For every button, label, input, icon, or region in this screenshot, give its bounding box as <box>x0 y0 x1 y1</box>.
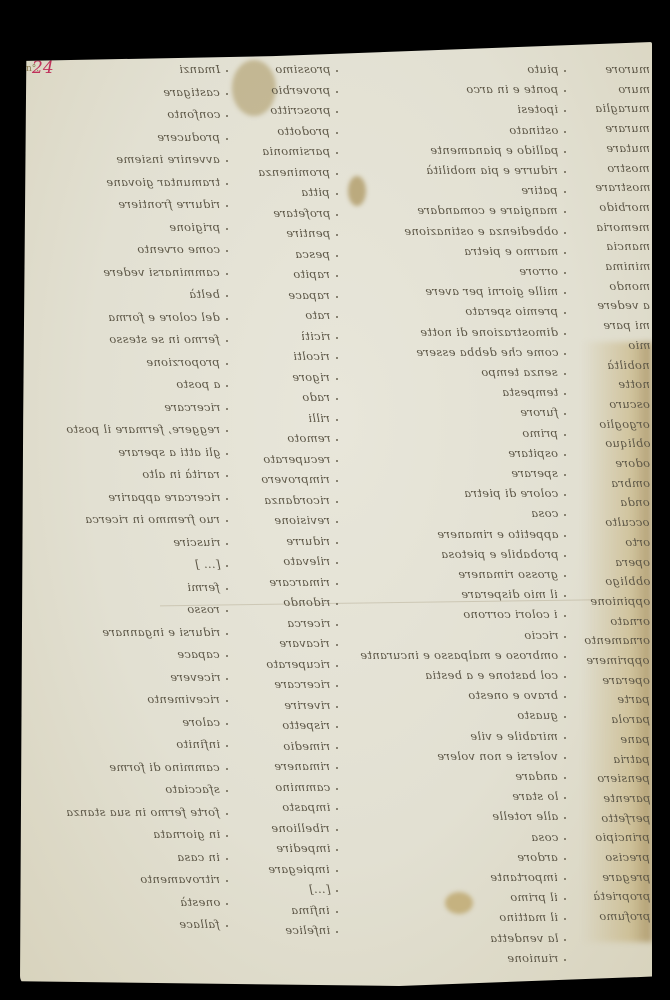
manuscript-word: proporzione <box>146 355 220 369</box>
manuscript-word: rilli <box>308 411 330 425</box>
word-text: profumo <box>599 909 650 923</box>
word-text: ricerca <box>287 616 330 630</box>
manuscript-word: preciso <box>605 850 650 864</box>
word-text: prigione <box>169 220 220 234</box>
word-text: ritrovamento <box>140 872 220 886</box>
separator-dot <box>564 353 566 355</box>
word-text: ricordanza <box>264 493 330 507</box>
word-text: rispetto <box>282 718 330 732</box>
separator-dot <box>226 835 228 837</box>
word-text: il mattino <box>499 910 558 924</box>
separator-dot <box>226 813 228 815</box>
manuscript-word: cosa <box>531 830 558 844</box>
manuscript-word: orgoglio <box>599 417 650 431</box>
manuscript-word: mancia <box>606 239 650 253</box>
manuscript-word: proprietà <box>593 889 650 903</box>
separator-dot <box>336 296 338 298</box>
manuscript-word: patire <box>521 183 558 197</box>
word-text: prodotto <box>277 124 330 138</box>
separator-dot <box>564 413 566 415</box>
manuscript-word: rado <box>302 390 330 404</box>
separator-dot <box>226 430 228 432</box>
word-text: orto <box>625 535 650 549</box>
word-text: rigore <box>292 370 330 384</box>
word-text: occulto <box>605 515 650 529</box>
manuscript-word: marmo e pietra <box>464 244 558 258</box>
separator-dot <box>226 93 228 95</box>
manuscript-word: rimprovero <box>261 472 330 486</box>
word-text: rarità in alto <box>142 467 220 481</box>
word-text: col bastone e a bestia <box>425 668 558 682</box>
manuscript-word: [...] <box>309 882 330 896</box>
separator-dot <box>226 700 228 702</box>
separator-dot <box>564 312 566 314</box>
word-text: ardore <box>517 850 558 864</box>
separator-dot <box>226 880 228 882</box>
manuscript-word: cammino <box>275 780 330 794</box>
separator-dot <box>336 849 338 851</box>
word-text: prossimo <box>275 62 331 76</box>
word-text: forte fermo in sua stanza <box>66 805 220 819</box>
word-text: probabile e pietosa <box>441 547 559 561</box>
manuscript-word: parte <box>617 692 650 706</box>
word-text: impasto <box>282 800 330 814</box>
separator-dot <box>564 777 566 779</box>
word-text: ricevere <box>170 670 220 684</box>
manuscript-word: proverbio <box>271 83 330 97</box>
separator-dot <box>564 434 566 436</box>
manuscript-word: minima <box>605 259 650 273</box>
separator-dot <box>226 250 228 252</box>
word-text: fermo in se stesso <box>109 332 220 346</box>
word-text: sperare <box>511 466 558 480</box>
separator-dot <box>336 378 338 380</box>
word-text: ridursi e ingannare <box>102 625 220 639</box>
separator-dot <box>564 575 566 577</box>
manuscript-word: sfacciato <box>165 782 220 796</box>
manuscript-word: infima <box>291 903 330 917</box>
word-text: operare <box>602 673 650 687</box>
manuscript-word: pensiero <box>597 771 650 785</box>
word-text: patire <box>521 183 558 197</box>
word-text: impedire <box>276 841 331 855</box>
manuscript-word: confonto <box>167 107 220 121</box>
separator-dot <box>336 644 338 646</box>
separator-dot <box>336 829 338 831</box>
separator-dot <box>564 797 566 799</box>
separator-dot <box>564 898 566 900</box>
separator-dot <box>336 173 338 175</box>
separator-dot <box>336 747 338 749</box>
separator-dot <box>564 878 566 880</box>
manuscript-word: rosso <box>187 602 220 616</box>
word-text: rilli <box>308 411 330 425</box>
manuscript-word: pregare <box>602 870 650 884</box>
manuscript-word: riccio <box>524 628 558 642</box>
separator-dot <box>564 535 566 537</box>
separator-dot <box>564 333 566 335</box>
word-text: ricolti <box>293 349 330 363</box>
separator-dot <box>564 131 566 133</box>
manuscript-word: pesca <box>295 247 330 261</box>
word-text: perfetto <box>601 811 650 825</box>
separator-dot <box>226 183 228 185</box>
word-text: pitta <box>301 185 330 199</box>
word-text: parola <box>611 712 650 726</box>
separator-dot <box>564 939 566 941</box>
word-text: ospitare <box>508 446 558 460</box>
separator-dot <box>564 393 566 395</box>
manuscript-word: notte <box>618 377 650 391</box>
manuscript-word: memoria <box>596 220 650 234</box>
manuscript-word: il mio disperare <box>461 587 558 601</box>
word-text: preciso <box>605 850 650 864</box>
word-text: avvenire insieme <box>116 152 220 166</box>
word-text: mirabile e vile <box>470 729 558 743</box>
manuscript-word: prominenza <box>258 165 330 179</box>
separator-dot <box>336 685 338 687</box>
manuscript-word: grosso rimanere <box>458 567 558 581</box>
word-text: patria <box>613 752 650 766</box>
manuscript-word: ritrovamento <box>140 872 220 886</box>
separator-dot <box>336 132 338 134</box>
separator-dot <box>226 115 228 117</box>
manuscript-word: i colori corrono <box>463 607 558 621</box>
manuscript-word: impiegare <box>268 862 330 876</box>
manuscript-word: castigare <box>163 85 220 99</box>
word-text: grosso rimanere <box>458 567 558 581</box>
separator-dot <box>564 858 566 860</box>
manuscript-word: ombra <box>611 476 650 490</box>
separator-dot <box>336 808 338 810</box>
separator-dot <box>564 151 566 153</box>
word-text: rimprovero <box>261 472 330 486</box>
manuscript-word: ridurre e pia mobilità <box>426 163 558 177</box>
word-text: cammino <box>275 780 330 794</box>
manuscript-word: nobiltà <box>607 358 650 372</box>
manuscript-word: cosa <box>531 506 558 520</box>
word-text: mi pare <box>603 318 650 332</box>
separator-dot <box>336 152 338 154</box>
separator-dot <box>226 858 228 860</box>
word-text: del colore e forma <box>108 310 220 324</box>
word-text: guasto <box>517 708 558 722</box>
manuscript-word: gli atti a sperare <box>118 445 220 459</box>
word-text: bravo e onesto <box>468 688 558 702</box>
word-text: ostinato <box>509 123 558 137</box>
word-text: remoto <box>287 431 330 445</box>
word-text: proporzione <box>146 355 220 369</box>
separator-dot <box>226 588 228 590</box>
manuscript-word: operare <box>602 673 650 687</box>
manuscript-word: perfetto <box>601 811 650 825</box>
word-text: castigare <box>163 85 220 99</box>
word-text: appetito e rimanere <box>437 527 559 541</box>
word-text: fallace <box>179 917 220 931</box>
word-text: importante <box>490 870 558 884</box>
separator-dot <box>226 273 228 275</box>
word-text: in casa <box>177 850 220 864</box>
manuscript-word: ombroso e malpasso e incurante <box>360 648 558 662</box>
word-text: producere <box>157 130 220 144</box>
word-text: mille giorni per avere <box>425 284 558 298</box>
word-text: mio <box>628 338 650 352</box>
word-text: ridondo <box>283 595 330 609</box>
manuscript-word: pitta <box>301 185 330 199</box>
word-text: rapace <box>288 288 330 302</box>
word-text: andare <box>515 769 558 783</box>
separator-dot <box>336 665 338 667</box>
manuscript-word: pallido e pianamente <box>430 143 558 157</box>
word-text: infima <box>291 903 330 917</box>
word-text: volersi e non volere <box>437 749 558 763</box>
manuscript-word: ricolti <box>293 349 330 363</box>
manuscript-word: bravo e onesto <box>468 688 558 702</box>
manuscript-word: appetito e rimanere <box>437 527 559 541</box>
separator-dot <box>564 90 566 92</box>
word-text: principio <box>595 830 650 844</box>
manuscript-word: mille giorni per avere <box>425 284 558 298</box>
manuscript-word: pane <box>620 732 650 746</box>
word-text: ridurre e pia mobilità <box>426 163 558 177</box>
word-text: minima <box>605 259 650 273</box>
separator-dot <box>336 398 338 400</box>
manuscript-word: ricercare <box>164 400 220 414</box>
manuscript-word: rimarcare <box>269 575 330 589</box>
word-text: beltà <box>189 287 220 301</box>
word-text: riuscire <box>173 535 220 549</box>
word-text: infelice <box>285 923 330 937</box>
manuscript-word: volersi e non volere <box>437 749 558 763</box>
separator-dot <box>336 111 338 113</box>
separator-dot <box>336 603 338 605</box>
separator-dot <box>336 439 338 441</box>
manuscript-word: ponte e in arco <box>466 82 558 96</box>
word-text: parsimonia <box>262 144 330 158</box>
separator-dot <box>336 70 338 72</box>
manuscript-word: piuto <box>527 62 559 76</box>
folio-number: 24 <box>32 58 54 78</box>
word-text: obbligo <box>605 574 650 588</box>
separator-dot <box>226 363 228 365</box>
word-text: ricavare <box>279 636 330 650</box>
manuscript-word: rapito <box>293 267 330 281</box>
separator-dot <box>226 160 228 162</box>
word-text: recuperato <box>263 452 330 466</box>
separator-dot <box>564 272 566 274</box>
separator-dot <box>336 234 338 236</box>
manuscript-word: ribellione <box>271 821 330 835</box>
separator-dot <box>564 838 566 840</box>
separator-dot <box>336 562 338 564</box>
separator-dot <box>564 959 566 961</box>
manuscript-word: in casa <box>177 850 220 864</box>
manuscript-word: alle rotelle <box>492 809 558 823</box>
word-text: oscuro <box>609 397 650 411</box>
word-text: [...] <box>309 882 330 896</box>
manuscript-word: ricordanza <box>264 493 330 507</box>
manuscript-word: mangiare e comandare <box>417 203 558 217</box>
separator-dot <box>226 498 228 500</box>
word-text: rapito <box>293 267 330 281</box>
separator-dot <box>336 460 338 462</box>
separator-dot <box>336 91 338 93</box>
separator-dot <box>226 768 228 770</box>
separator-dot <box>226 925 228 927</box>
lower-stain <box>445 892 473 914</box>
manuscript-word: rigore <box>292 370 330 384</box>
separator-dot <box>336 542 338 544</box>
word-text: infinito <box>176 737 220 751</box>
word-text: calore <box>182 715 220 729</box>
word-text: primo <box>522 426 558 440</box>
manuscript-word: camminarsi vedere <box>103 265 220 279</box>
manuscript-word: prodotto <box>277 124 330 138</box>
separator-dot <box>226 138 228 140</box>
separator-dot <box>336 214 338 216</box>
separator-dot <box>564 373 566 375</box>
separator-dot <box>336 726 338 728</box>
word-text: ribellione <box>271 821 330 835</box>
word-text: premio sperato <box>465 304 558 318</box>
manuscript-word: senza tempo <box>481 365 558 379</box>
word-text: ricercare apparire <box>108 490 221 504</box>
word-text: ricitì <box>301 329 330 343</box>
separator-dot <box>336 337 338 339</box>
separator-dot <box>226 633 228 635</box>
manuscript-word: orrore <box>519 264 558 278</box>
word-text: pesca <box>295 247 330 261</box>
word-text: ombra <box>611 476 650 490</box>
separator-dot <box>336 521 338 523</box>
word-text: cosa <box>531 830 558 844</box>
manuscript-word: ricercare <box>274 677 330 691</box>
word-text: tempesta <box>502 385 558 399</box>
word-text: proprietà <box>593 889 650 903</box>
manuscript-word: fermo in se stesso <box>109 332 220 346</box>
manuscript-word: andare <box>515 769 558 783</box>
separator-dot <box>226 520 228 522</box>
manuscript-word: mostrare <box>595 180 650 194</box>
manuscript-word: calore <box>182 715 220 729</box>
word-text: murare <box>605 121 650 135</box>
word-text: la vendetta <box>490 931 558 945</box>
separator-dot <box>226 70 228 72</box>
word-text: a vedere <box>597 298 650 312</box>
separator-dot <box>226 678 228 680</box>
word-text: muraglia <box>595 101 650 115</box>
separator-dot <box>226 903 228 905</box>
word-text: ricercare <box>164 400 220 414</box>
manuscript-word: mio <box>628 338 650 352</box>
word-text: mancia <box>606 239 650 253</box>
manuscript-word: opera <box>615 555 650 569</box>
manuscript-word: ridursi e ingannare <box>102 625 220 639</box>
manuscript-word: muraglia <box>595 101 650 115</box>
manuscript-word: ricavare <box>279 636 330 650</box>
manuscript-word: premio sperato <box>465 304 558 318</box>
word-text: lo stare <box>512 789 558 803</box>
word-text: memoria <box>596 220 650 234</box>
separator-dot <box>226 228 228 230</box>
word-text: fermi <box>187 580 220 594</box>
word-text: nobiltà <box>607 358 650 372</box>
word-text: mutare <box>606 141 650 155</box>
manuscript-word: mirabile e vile <box>470 729 558 743</box>
word-text: Imanzi <box>179 62 220 76</box>
manuscript-word: onda <box>620 495 650 509</box>
word-text: murore <box>605 62 650 76</box>
word-text: a posto <box>176 377 220 391</box>
manuscript-word: impasto <box>282 800 330 814</box>
manuscript-word: cammino di forme <box>109 760 220 774</box>
separator-dot <box>564 636 566 638</box>
separator-dot <box>564 716 566 718</box>
manuscript-word: ornamento <box>584 633 650 647</box>
separator-dot <box>564 454 566 456</box>
manuscript-word: ricercare apparire <box>108 490 221 504</box>
word-text: ricuperato <box>266 657 330 671</box>
word-text: il mio disperare <box>461 587 558 601</box>
manuscript-word: rarità in alto <box>142 467 220 481</box>
manuscript-word: riuscire <box>173 535 220 549</box>
manuscript-word: recuperato <box>263 452 330 466</box>
manuscript-word: parola <box>611 712 650 726</box>
word-text: ricercare <box>274 677 330 691</box>
word-text: morbido <box>599 200 650 214</box>
manuscript-word: producere <box>157 130 220 144</box>
word-text: onda <box>620 495 650 509</box>
separator-dot <box>564 737 566 739</box>
word-text: orgoglio <box>599 417 650 431</box>
manuscript-word: mutare <box>606 141 650 155</box>
separator-dot <box>336 870 338 872</box>
word-text: orrore <box>519 264 558 278</box>
word-text: ricevimento <box>147 692 220 706</box>
manuscript-word: colore di pietra <box>464 486 558 500</box>
separator-dot <box>336 255 338 257</box>
word-text: come orvento <box>137 242 220 256</box>
manuscript-word: del colore e forma <box>108 310 220 324</box>
separator-dot <box>564 494 566 496</box>
separator-dot <box>336 501 338 503</box>
word-text: obbedienza e ostinazione <box>404 224 558 238</box>
word-text: riccio <box>524 628 558 642</box>
manuscript-word: fermi <box>187 580 220 594</box>
separator-dot <box>564 252 566 254</box>
manuscript-word: tempesta <box>502 385 558 399</box>
word-text: pallido e pianamente <box>430 143 558 157</box>
manuscript-word: [... ] <box>195 557 220 571</box>
separator-dot <box>226 318 228 320</box>
separator-dot <box>336 767 338 769</box>
manuscript-word: opprimere <box>586 653 650 667</box>
manuscript-word: il primo <box>510 890 558 904</box>
manuscript-word: come orvento <box>137 242 220 256</box>
manuscript-word: ricevimento <box>147 692 220 706</box>
manuscript-word: profetare <box>273 206 330 220</box>
separator-dot <box>564 656 566 658</box>
word-text: alle rotelle <box>492 809 558 823</box>
manuscript-word: a vedere <box>597 298 650 312</box>
manuscript-word: guasto <box>517 708 558 722</box>
separator-dot <box>226 745 228 747</box>
manuscript-word: proscritto <box>270 103 330 117</box>
manuscript-word: prossimo <box>275 62 331 76</box>
word-text: muro <box>618 82 650 96</box>
manuscript-word: rispetto <box>282 718 330 732</box>
separator-dot <box>336 890 338 892</box>
